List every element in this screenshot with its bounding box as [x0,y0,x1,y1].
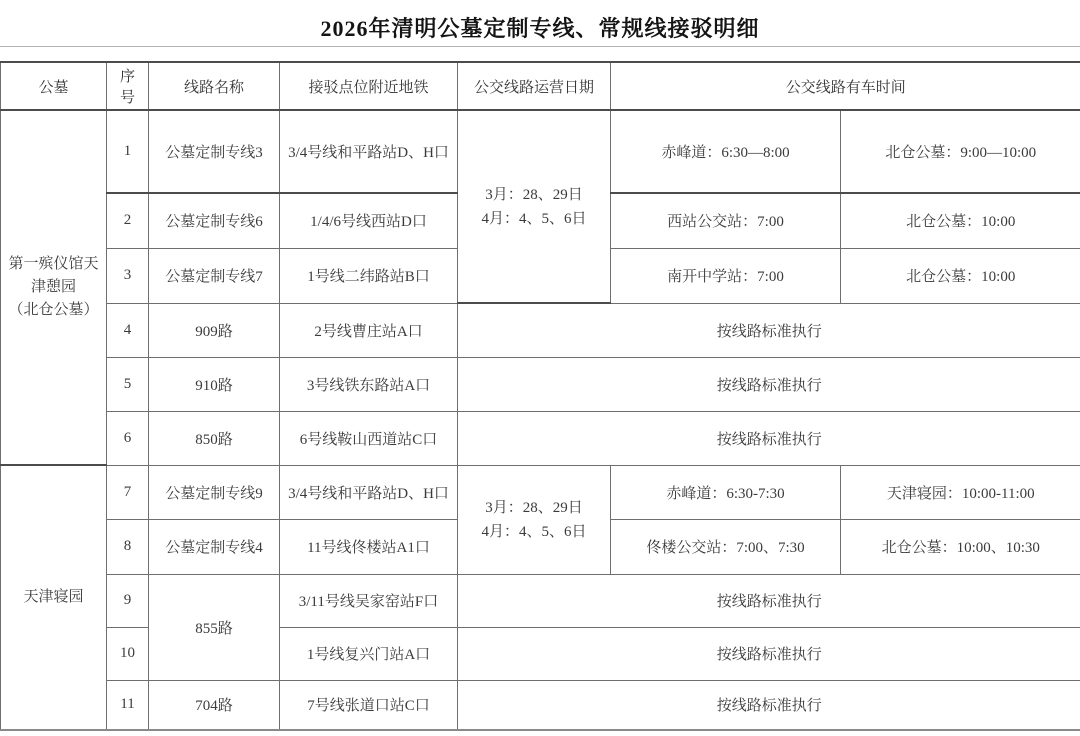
cell-line-name: 910路 [149,357,280,411]
col-header-line-name: 线路名称 [149,62,280,110]
cell-index: 7 [107,465,149,519]
cell-operating-dates-group1: 3月：28、29日 4月：4、5、6日 [458,110,611,303]
cemetery-name-line: 津憩园 [7,276,100,299]
page-title: 2026年清明公墓定制专线、常规线接驳明细 [320,4,759,43]
cell-return-time: 北仓公墓：10:00 [841,248,1080,303]
col-header-bus-times: 公交线路有车时间 [611,62,1080,110]
table-row: 11 704路 7号线张道口站C口 按线路标准执行 [1,680,1080,730]
notice-page: 2026年清明公墓定制专线、常规线接驳明细 公墓 序号 线路名称 接驳点位附近地… [0,0,1080,736]
cell-line-name: 公墓定制专线9 [149,465,280,519]
cell-return-time: 北仓公墓：9:00—10:00 [841,110,1080,193]
cell-index: 5 [107,357,149,411]
table-row: 5 910路 3号线铁东路站A口 按线路标准执行 [1,357,1080,411]
dates-line: 4月：4、5、6日 [464,207,604,231]
cell-index: 4 [107,303,149,357]
dates-line: 3月：28、29日 [464,183,604,207]
col-header-operating-dates: 公交线路运营日期 [458,62,611,110]
cell-depart-time: 西站公交站：7:00 [611,193,841,248]
cell-metro: 2号线曹庄站A口 [280,303,458,357]
cell-line-name-merged: 855路 [149,574,280,680]
cell-return-time: 天津寝园：10:00-11:00 [841,465,1080,519]
cell-depart-time: 佟楼公交站：7:00、7:30 [611,519,841,574]
cell-metro: 3/4号线和平路站D、H口 [280,465,458,519]
cell-metro: 3号线铁东路站A口 [280,357,458,411]
cell-metro: 1号线复兴门站A口 [280,627,458,680]
cell-standard-note: 按线路标准执行 [458,411,1080,465]
cell-standard-note: 按线路标准执行 [458,627,1080,680]
cell-line-name: 704路 [149,680,280,730]
cell-line-name: 公墓定制专线6 [149,193,280,248]
cell-index: 11 [107,680,149,730]
cemetery-name-line: （北仓公墓） [7,299,100,322]
cell-line-name: 公墓定制专线4 [149,519,280,574]
cell-metro: 1号线二纬路站B口 [280,248,458,303]
header-row: 公墓 序号 线路名称 接驳点位附近地铁 公交线路运营日期 公交线路有车时间 [1,62,1080,110]
cell-line-name: 850路 [149,411,280,465]
cell-depart-time: 赤峰道：6:30—8:00 [611,110,841,193]
cell-index: 8 [107,519,149,574]
cell-line-name: 公墓定制专线3 [149,110,280,193]
cell-depart-time: 南开中学站：7:00 [611,248,841,303]
cell-metro: 7号线张道口站C口 [280,680,458,730]
cell-depart-time: 赤峰道：6:30-7:30 [611,465,841,519]
cell-line-name: 909路 [149,303,280,357]
cell-index: 2 [107,193,149,248]
cemetery-group-qinyuan: 天津寝园 [1,465,107,730]
cell-operating-dates-group2: 3月：28、29日 4月：4、5、6日 [458,465,611,574]
cell-index: 1 [107,110,149,193]
col-header-metro: 接驳点位附近地铁 [280,62,458,110]
cell-line-name: 公墓定制专线7 [149,248,280,303]
cemetery-name-line: 第一殡仪馆天 [7,253,100,276]
dates-line: 3月：28、29日 [464,496,604,520]
cell-standard-note: 按线路标准执行 [458,303,1080,357]
cell-index: 6 [107,411,149,465]
title-bar: 2026年清明公墓定制专线、常规线接驳明细 [0,0,1080,47]
dates-line: 4月：4、5、6日 [464,520,604,544]
cell-index: 3 [107,248,149,303]
cell-index: 10 [107,627,149,680]
col-header-cemetery: 公墓 [1,62,107,110]
cemetery-group-beicang: 第一殡仪馆天 津憩园 （北仓公墓） [1,110,107,465]
cell-metro: 11号线佟楼站A1口 [280,519,458,574]
shuttle-schedule-table: 公墓 序号 线路名称 接驳点位附近地铁 公交线路运营日期 公交线路有车时间 第一… [0,61,1080,731]
cell-standard-note: 按线路标准执行 [458,574,1080,627]
cell-metro: 3/11号线吴家窑站F口 [280,574,458,627]
cell-standard-note: 按线路标准执行 [458,680,1080,730]
cell-standard-note: 按线路标准执行 [458,357,1080,411]
cell-metro: 3/4号线和平路站D、H口 [280,110,458,193]
table-row: 第一殡仪馆天 津憩园 （北仓公墓） 1 公墓定制专线3 3/4号线和平路站D、H… [1,110,1080,193]
table-row: 4 909路 2号线曹庄站A口 按线路标准执行 [1,303,1080,357]
table-row: 天津寝园 7 公墓定制专线9 3/4号线和平路站D、H口 3月：28、29日 4… [1,465,1080,519]
cell-index: 9 [107,574,149,627]
col-header-index: 序号 [107,62,149,110]
cell-return-time: 北仓公墓：10:00、10:30 [841,519,1080,574]
cell-metro: 1/4/6号线西站D口 [280,193,458,248]
table-row: 9 855路 3/11号线吴家窑站F口 按线路标准执行 [1,574,1080,627]
cell-metro: 6号线鞍山西道站C口 [280,411,458,465]
cell-return-time: 北仓公墓：10:00 [841,193,1080,248]
table-row: 6 850路 6号线鞍山西道站C口 按线路标准执行 [1,411,1080,465]
